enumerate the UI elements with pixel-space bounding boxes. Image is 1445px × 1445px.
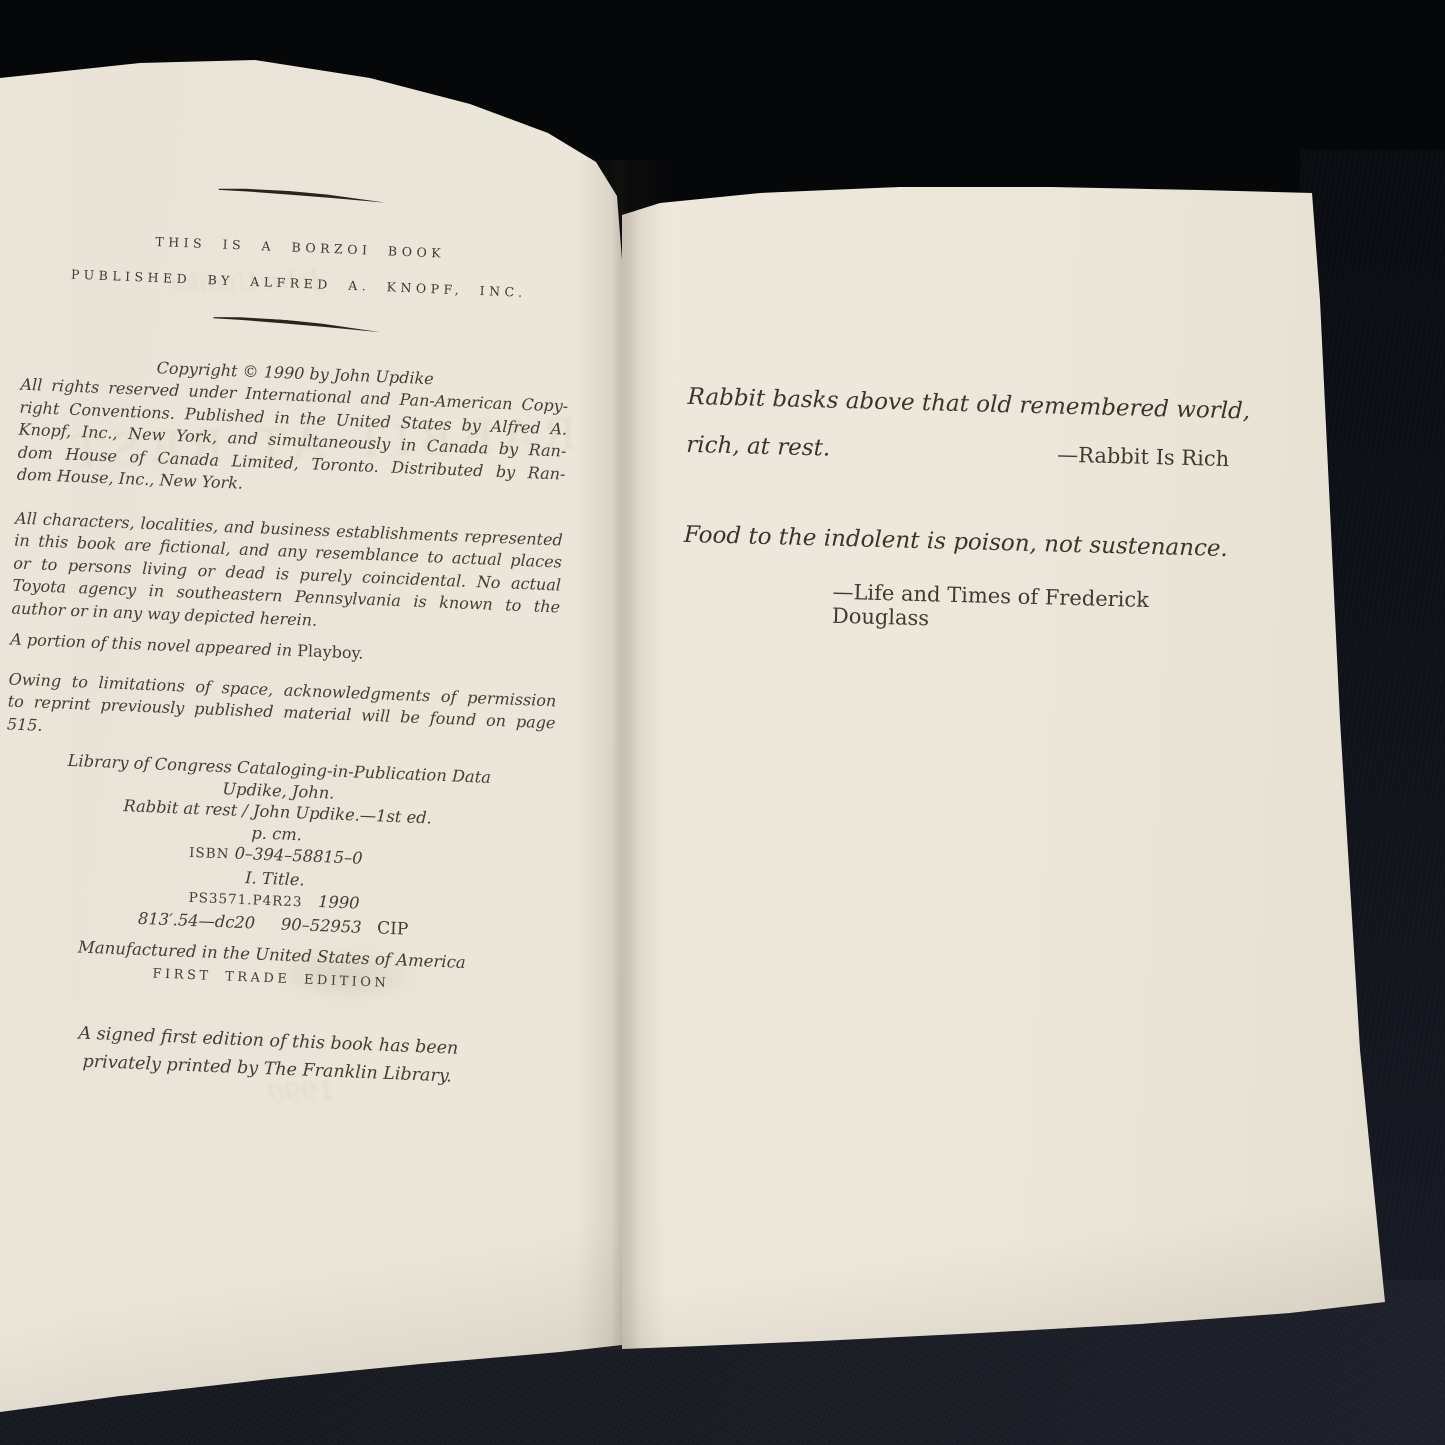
divider-rule-top	[28, 181, 576, 210]
divider-rule-bottom	[23, 310, 571, 339]
lc-card-number: 90–52953	[281, 914, 362, 936]
acknowledgment-paragraph: Owing to limitations of space, acknowled…	[6, 668, 556, 757]
text-segment: A portion of this novel appeared in	[10, 629, 298, 660]
epigraph-1-attribution: —Rabbit Is Rich	[1057, 443, 1230, 471]
lc-year: 1990	[318, 892, 360, 913]
epigraph-2-attribution: —Life and Times of Frederick Douglass	[682, 576, 1248, 639]
lc-class: PS3571.P4R23	[188, 890, 303, 911]
right-page-text: Rabbit basks above that old remembered w…	[680, 0, 1263, 715]
cip-label: CIP	[377, 918, 409, 939]
isbn-number: 0–394–58815–0	[234, 844, 363, 868]
franklin-note: A signed first edition of this book has …	[0, 1017, 543, 1094]
disclaimer-paragraph: All characters, localities, and business…	[11, 508, 563, 642]
epigraph-1-line-2: rich, at rest. —Rabbit Is Rich	[686, 430, 1252, 475]
text-segment: .	[358, 643, 364, 662]
epigraph-1-line-1: Rabbit basks above that old remembered w…	[687, 382, 1253, 427]
dewey-number: 813′.54—dc20	[138, 908, 256, 932]
loc-cataloging-block: Library of Congress Cataloging-in-Public…	[0, 747, 554, 946]
book-gutter-crease	[576, 160, 668, 1350]
epigraph-2-text: Food to the indolent is poison, not sust…	[684, 520, 1250, 565]
manufactured-block: Manufactured in the United States of Ame…	[0, 933, 546, 1003]
epigraph-1-text: rich, at rest.	[686, 430, 831, 464]
publisher-name: Playboy	[297, 641, 359, 662]
photo-open-book: { "scene": { "background_color": "#0a0c1…	[0, 0, 1445, 1445]
borzoi-colophon: THIS IS A BORZOI BOOK PUBLISHED BY ALFRE…	[24, 219, 574, 313]
left-page-text: THIS IS A BORZOI BOOK PUBLISHED BY ALFRE…	[0, 0, 584, 1241]
copyright-paragraph: Copyright © 1990 by John Updike All righ…	[16, 352, 569, 508]
isbn-label: ISBN	[189, 845, 230, 863]
